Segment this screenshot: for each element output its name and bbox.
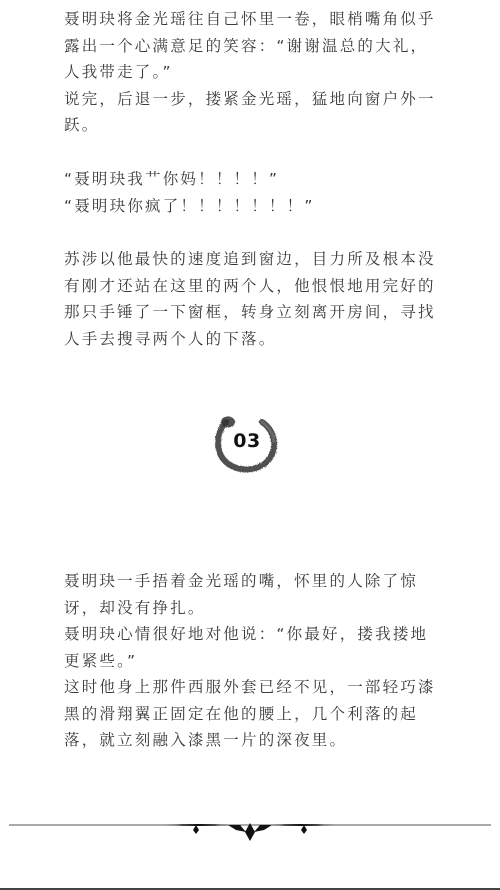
story-section-4: 聂明玦一手捂着金光瑶的嘴，怀里的人除了惊讶，却没有挣扎。 聂明玦心情很好地对他说… (64, 568, 444, 754)
paragraph: 说完，后退一步，搂紧金光瑶，猛地向窗户外一跃。 (64, 86, 444, 139)
paragraph: 苏涉以他最快的速度追到窗边，目力所及根本没有刚才还站在这里的两个人，他恨恨地用完… (64, 246, 444, 352)
paragraph: 聂明玦一手捂着金光瑶的嘴，怀里的人除了惊讶，却没有挣扎。 (64, 568, 444, 621)
story-section-1: 聂明玦将金光瑶往自己怀里一卷，眼梢嘴角似乎露出一个心满意足的笑容：“谢谢温总的大… (64, 6, 444, 139)
paragraph: 聂明玦心情很好地对他说：“你最好，搂我搂地更紧些。” (64, 621, 444, 674)
paragraph: 这时他身上那件西服外套已经不见，一部轻巧漆黑的滑翔翼正固定在他的腰上，几个利落的… (64, 674, 444, 754)
dialogue-line: “聂明玦我艹你妈！！！！” (64, 166, 444, 193)
story-section-2: “聂明玦我艹你妈！！！！” “聂明玦你疯了！！！！！！！” (64, 166, 444, 219)
chapter-badge: 03 (212, 412, 282, 474)
story-section-3: 苏涉以他最快的速度追到窗边，目力所及根本没有刚才还站在这里的两个人，他恨恨地用完… (64, 246, 444, 352)
dialogue-line: “聂明玦你疯了！！！！！！！” (64, 193, 444, 220)
chapter-number: 03 (212, 430, 282, 452)
paragraph: 聂明玦将金光瑶往自己怀里一卷，眼梢嘴角似乎露出一个心满意足的笑容：“谢谢温总的大… (64, 6, 444, 86)
ornamental-divider-icon (0, 815, 500, 845)
